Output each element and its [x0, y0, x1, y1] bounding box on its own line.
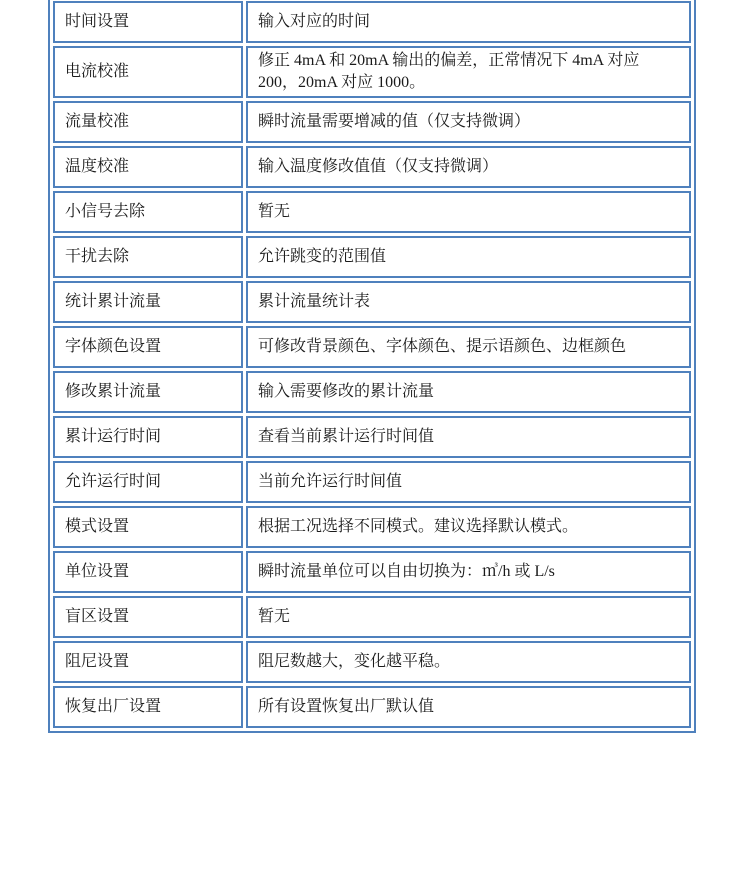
setting-desc-cell: 修正 4mA 和 20mA 输出的偏差，正常情况下 4mA 对应 200，20m… — [246, 46, 691, 98]
settings-document: 时间设置 输入对应的时间 电流校准 修正 4mA 和 20mA 输出的偏差，正常… — [48, 0, 696, 733]
setting-name-cell: 恢复出厂设置 — [53, 686, 243, 728]
setting-name-cell: 流量校准 — [53, 101, 243, 143]
setting-desc-cell: 输入对应的时间 — [246, 1, 691, 43]
table-row: 单位设置 瞬时流量单位可以自由切换为：㎥/h 或 L/s — [53, 551, 691, 593]
table-row: 模式设置 根据工况选择不同模式。建议选择默认模式。 — [53, 506, 691, 548]
setting-name-cell: 盲区设置 — [53, 596, 243, 638]
table-row: 干扰去除 允许跳变的范围值 — [53, 236, 691, 278]
table-row: 电流校准 修正 4mA 和 20mA 输出的偏差，正常情况下 4mA 对应 20… — [53, 46, 691, 98]
table-row: 累计运行时间 查看当前累计运行时间值 — [53, 416, 691, 458]
table-row: 统计累计流量 累计流量统计表 — [53, 281, 691, 323]
setting-name-cell: 累计运行时间 — [53, 416, 243, 458]
setting-name-cell: 模式设置 — [53, 506, 243, 548]
table-row: 阻尼设置 阻尼数越大，变化越平稳。 — [53, 641, 691, 683]
setting-desc-cell: 累计流量统计表 — [246, 281, 691, 323]
settings-table-body: 时间设置 输入对应的时间 电流校准 修正 4mA 和 20mA 输出的偏差，正常… — [53, 0, 691, 728]
table-row: 恢复出厂设置 所有设置恢复出厂默认值 — [53, 686, 691, 728]
table-row: 盲区设置 暂无 — [53, 596, 691, 638]
table-row: 小信号去除 暂无 — [53, 191, 691, 233]
setting-name-cell: 电流校准 — [53, 46, 243, 98]
table-row: 字体颜色设置 可修改背景颜色、字体颜色、提示语颜色、边框颜色 — [53, 326, 691, 368]
table-row: 修改累计流量 输入需要修改的累计流量 — [53, 371, 691, 413]
setting-desc-cell: 暂无 — [246, 191, 691, 233]
setting-desc-cell: 当前允许运行时间值 — [246, 461, 691, 503]
setting-name-cell: 小信号去除 — [53, 191, 243, 233]
setting-desc-cell: 所有设置恢复出厂默认值 — [246, 686, 691, 728]
setting-name-cell: 时间设置 — [53, 1, 243, 43]
setting-name-cell: 修改累计流量 — [53, 371, 243, 413]
setting-desc-cell: 阻尼数越大，变化越平稳。 — [246, 641, 691, 683]
setting-desc-cell: 查看当前累计运行时间值 — [246, 416, 691, 458]
setting-name-cell: 阻尼设置 — [53, 641, 243, 683]
table-row: 温度校准 输入温度修改值值（仅支持微调） — [53, 146, 691, 188]
setting-name-cell: 统计累计流量 — [53, 281, 243, 323]
setting-name-cell: 字体颜色设置 — [53, 326, 243, 368]
table-row: 时间设置 输入对应的时间 — [53, 1, 691, 43]
setting-desc-cell: 可修改背景颜色、字体颜色、提示语颜色、边框颜色 — [246, 326, 691, 368]
table-row: 流量校准 瞬时流量需要增减的值（仅支持微调） — [53, 101, 691, 143]
setting-desc-cell: 瞬时流量需要增减的值（仅支持微调） — [246, 101, 691, 143]
setting-desc-cell: 根据工况选择不同模式。建议选择默认模式。 — [246, 506, 691, 548]
settings-table: 时间设置 输入对应的时间 电流校准 修正 4mA 和 20mA 输出的偏差，正常… — [48, 0, 696, 733]
setting-desc-cell: 暂无 — [246, 596, 691, 638]
setting-desc-cell: 瞬时流量单位可以自由切换为：㎥/h 或 L/s — [246, 551, 691, 593]
setting-name-cell: 允许运行时间 — [53, 461, 243, 503]
setting-name-cell: 干扰去除 — [53, 236, 243, 278]
setting-desc-cell: 输入需要修改的累计流量 — [246, 371, 691, 413]
setting-name-cell: 单位设置 — [53, 551, 243, 593]
setting-name-cell: 温度校准 — [53, 146, 243, 188]
setting-desc-cell: 输入温度修改值值（仅支持微调） — [246, 146, 691, 188]
table-row: 允许运行时间 当前允许运行时间值 — [53, 461, 691, 503]
setting-desc-cell: 允许跳变的范围值 — [246, 236, 691, 278]
